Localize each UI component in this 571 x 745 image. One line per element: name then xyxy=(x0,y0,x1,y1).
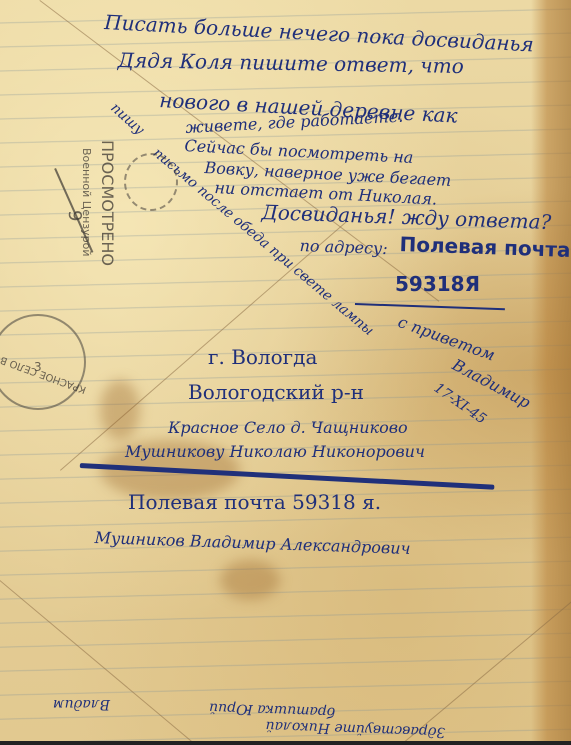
sender-field-post: Полевая почта 59318 я. xyxy=(128,490,381,514)
postmark-digit: 3 xyxy=(34,360,42,374)
upside-down-signature: Владим xyxy=(53,696,110,712)
stain xyxy=(100,380,140,440)
scan-edge xyxy=(0,741,571,745)
return-address-prefix: по адресу: xyxy=(299,236,388,258)
stain xyxy=(220,560,280,600)
letter-scan: Писать больше нечего пока досвиданья Дяд… xyxy=(0,0,571,745)
address-district: Вологодский р-н xyxy=(188,380,364,404)
postmark-stamp xyxy=(124,153,178,211)
address-recipient: Мушникову Николаю Никонорович xyxy=(125,442,425,461)
address-city: г. Вологда xyxy=(208,345,317,369)
field-post-number: 59318Я xyxy=(395,272,480,296)
censor-stamp-line1: ПРОСМОТРЕНО xyxy=(98,140,117,266)
address-village: Красное Село д. Чащниково xyxy=(168,418,408,437)
paper-edge-shadow xyxy=(531,0,571,745)
